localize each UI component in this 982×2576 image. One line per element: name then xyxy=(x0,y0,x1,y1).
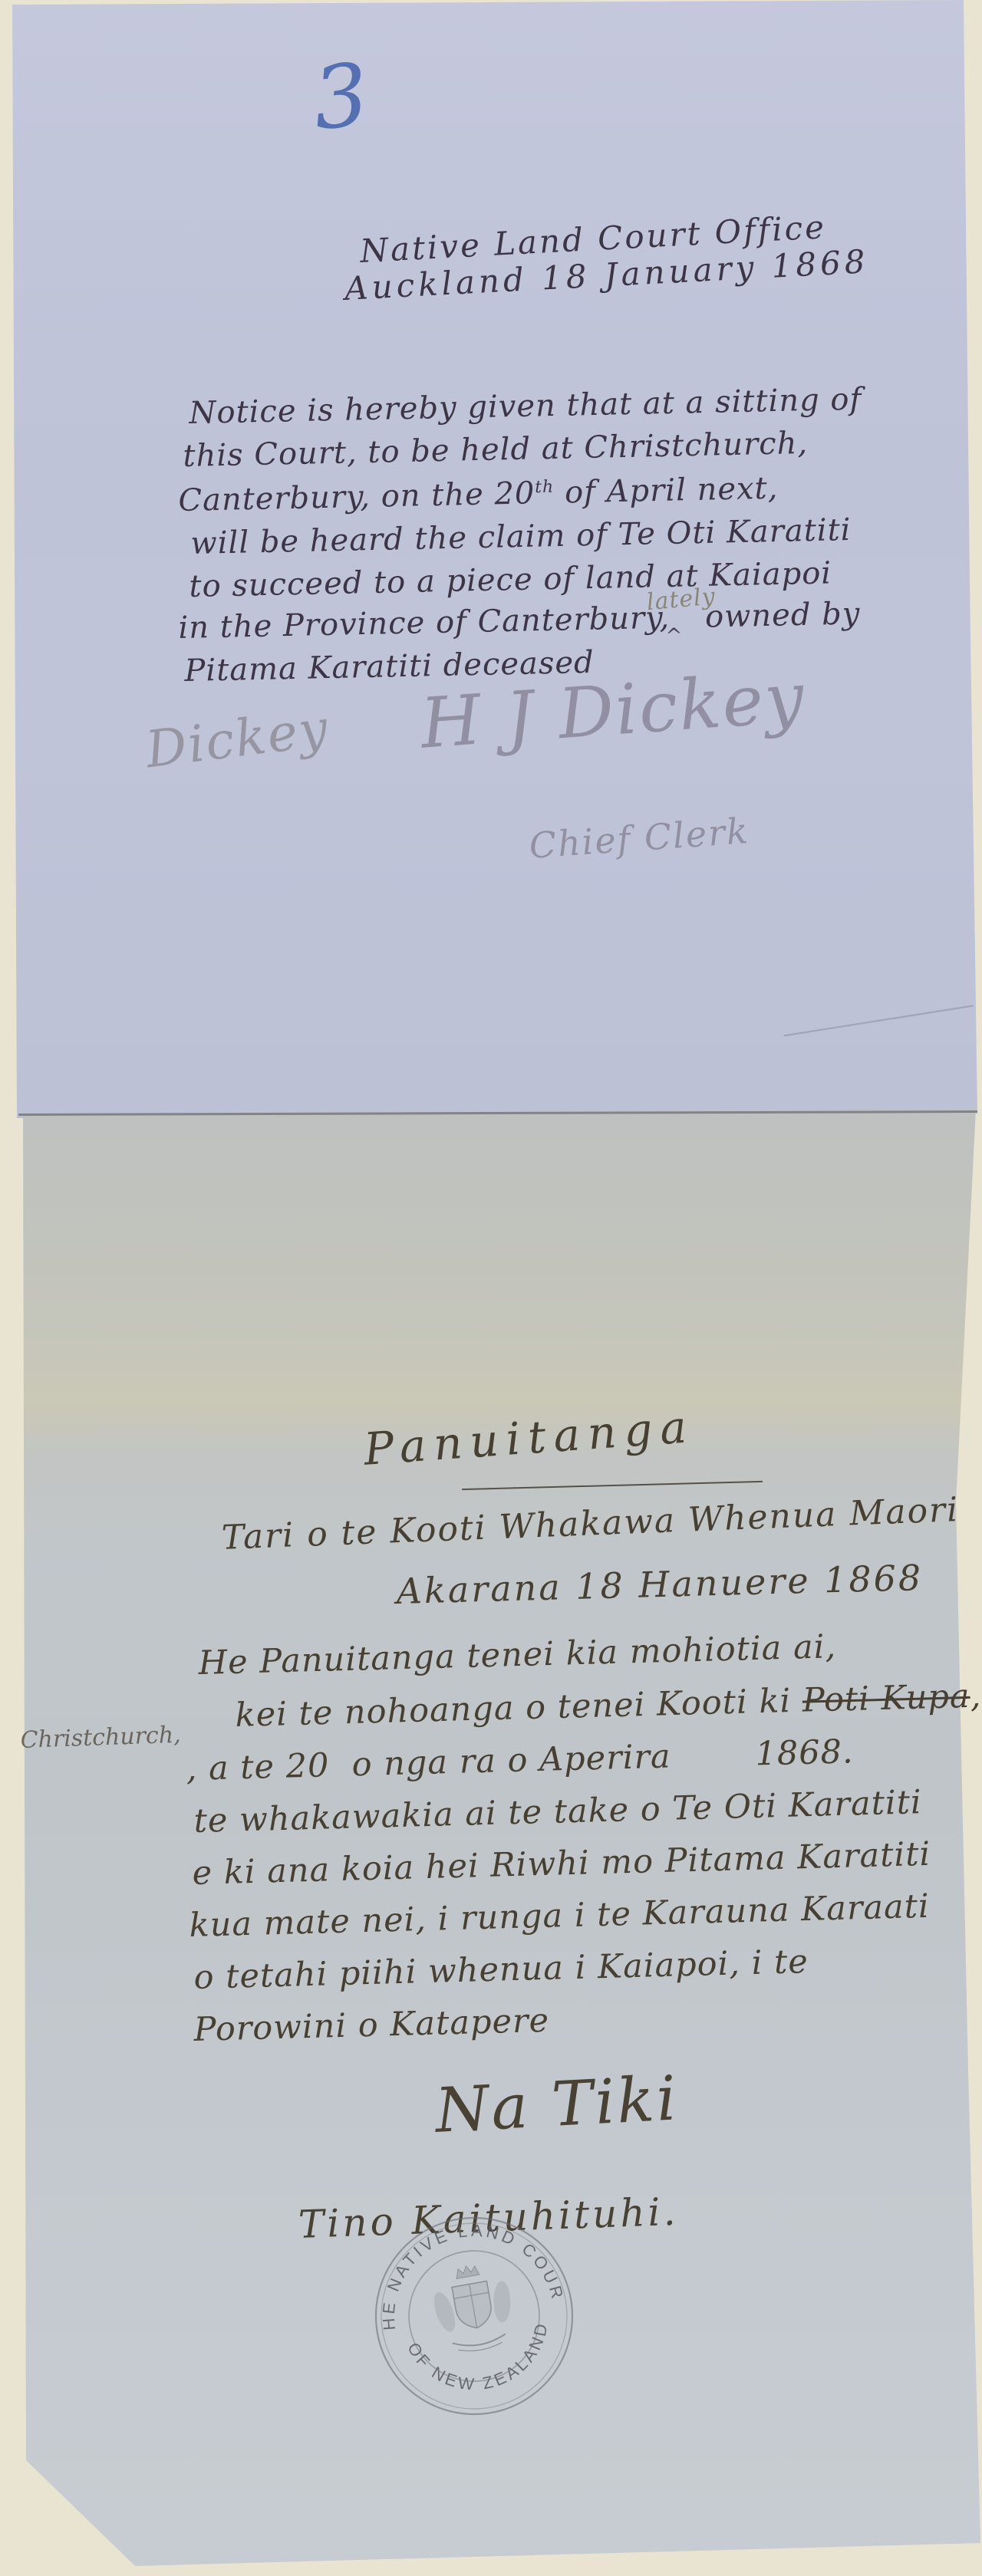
caret-mark: ^ xyxy=(665,624,683,647)
margin-correction-note: Christchurch, xyxy=(20,1722,181,1754)
maori-line-text: , xyxy=(970,1677,982,1716)
page-number-blue-ink: 3 xyxy=(308,45,373,150)
ordinal-superscript: th xyxy=(535,478,555,498)
maori-signature: Na Tiki xyxy=(433,2062,680,2146)
native-land-court-seal-stamp: · THE NATIVE LAND COURT · OF NEW ZEALAND xyxy=(350,2192,598,2440)
struck-out-place-name: Poti Kupa xyxy=(802,1677,970,1720)
notice-line-text: of April next, xyxy=(554,471,779,511)
insertion-mark: lately^ xyxy=(670,620,705,628)
royal-coat-of-arms xyxy=(426,2259,521,2357)
notice-line-text: owned by xyxy=(705,596,861,634)
document-scan: 3 Native Land Court Office Auckland 18 J… xyxy=(0,0,982,2576)
seal-arc-bottom-text: OF NEW ZEALAND xyxy=(402,2316,562,2406)
notice-line-text: Canterbury, on the 20 xyxy=(178,475,535,518)
year-text: 1868. xyxy=(755,1732,854,1773)
